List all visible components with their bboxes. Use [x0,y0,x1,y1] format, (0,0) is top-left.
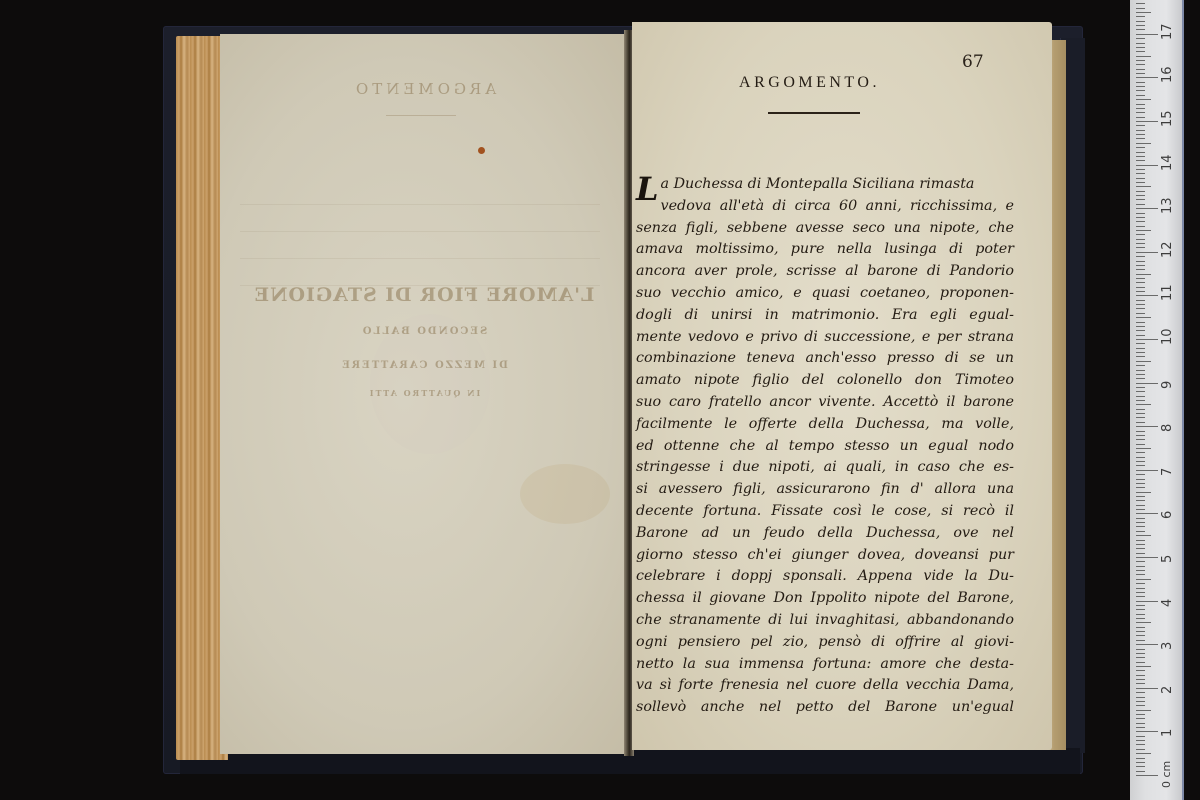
ruler-tick [1136,204,1145,205]
ruler-label: 3 [1160,642,1175,650]
ruler-tick [1136,3,1145,4]
ruler-tick [1136,348,1145,349]
ruler-tick [1136,622,1151,623]
ruler-tick [1136,239,1145,240]
body-line: stringesse i due nipoti, ai quali, in ca… [636,457,1014,479]
ruler-tick [1136,557,1158,558]
ruler-tick [1136,683,1145,684]
ruler-tick [1136,566,1145,567]
ruler-tick [1136,679,1145,680]
ruler-tick [1136,400,1145,401]
ruler-tick [1136,548,1145,549]
body-line: senza figli, sebbene avesse seco una nip… [636,218,1014,240]
ruler-tick [1136,771,1145,772]
ruler-tick [1136,740,1145,741]
ruler-tick [1136,208,1158,209]
ruler-tick [1136,339,1158,340]
show-through-rule [386,115,456,116]
ruler-tick [1136,304,1145,305]
ruler-tick [1136,448,1151,449]
ruler-tick [1136,505,1145,506]
ruler-tick [1136,692,1145,693]
body-line-first: La Duchessa di Montepalla Siciliana rima… [636,174,1014,196]
ruler-tick [1136,64,1145,65]
measurement-ruler: 0 cm 1234567891011121314151617 [1130,0,1184,800]
ruler-label: 17 [1160,23,1175,40]
ruler-tick [1136,295,1158,296]
ruler-tick [1136,474,1145,475]
ruler-tick [1136,727,1145,728]
ruler-tick [1136,143,1151,144]
ruler-tick [1136,526,1145,527]
ruler-tick [1136,356,1145,357]
ruler-tick [1136,701,1145,702]
body-line: combinazione teneva anch'esso presso di … [636,348,1014,370]
ruler-tick [1136,378,1145,379]
ruler-tick [1136,322,1145,323]
ruler-tick [1136,317,1151,318]
ruler-tick [1136,370,1145,371]
ruler-tick [1136,182,1145,183]
ruler-tick [1136,330,1145,331]
ruler-tick [1136,43,1145,44]
ruler-tick [1136,138,1145,139]
ruler-tick [1136,614,1145,615]
body-line: facilmente le offerte della Duchessa, ma… [636,414,1014,436]
ruler-tick [1136,627,1145,628]
ruler-tick [1136,365,1145,366]
ruler-tick [1136,444,1145,445]
ruler-tick [1136,313,1145,314]
ruler-tick [1136,387,1145,388]
body-line: va sì forte frenesia nel cuore della vec… [636,675,1014,697]
ruler-tick [1136,16,1145,17]
body-line: suo caro fratello ancor vivente. Accettò… [636,392,1014,414]
ruler-tick [1136,461,1145,462]
ruler-label: 16 [1160,67,1175,84]
show-through-header: ARGOMENTO [220,80,628,98]
ruler-tick [1136,675,1145,676]
ruler-tick [1136,73,1145,74]
ruler-tick [1136,47,1145,48]
ruler-tick [1136,117,1145,118]
ruler-tick [1136,383,1158,384]
ruler-tick [1136,343,1145,344]
ruler-tick [1136,86,1145,87]
body-line: amato nipote figlio del colonello don Ti… [636,370,1014,392]
ruler-tick [1136,173,1145,174]
ruler-tick [1136,574,1145,575]
body-line: mente vedovo e privo di successione, e p… [636,327,1014,349]
ruler-tick [1136,487,1145,488]
ruler-tick [1136,518,1145,519]
ruler-tick [1136,99,1151,100]
ink-spot [478,147,485,154]
first-line-text: a Duchessa di Montepalla Siciliana rimas… [661,176,975,192]
body-line: ogni pensiero pel zio, pensò di offrire … [636,632,1014,654]
ruler-tick [1136,51,1145,52]
ruler-tick [1136,404,1151,405]
ruler-tick [1136,134,1145,135]
ruler-label: 11 [1160,285,1175,302]
page-heading: ARGOMENTO. [632,74,987,92]
ruler-tick [1136,213,1145,214]
ruler-tick [1136,422,1145,423]
body-line: vedova all'età di circa 60 anni, ricchis… [636,196,1014,218]
body-line: si avessero figli, assicurarono fin d' a… [636,479,1014,501]
ruler-tick [1136,492,1151,493]
page-number: 67 [962,52,984,72]
ruler-label: 13 [1160,198,1175,215]
ruler-tick [1136,165,1158,166]
ruler-label: 4 [1160,598,1175,606]
ruler-tick [1136,775,1158,776]
ruler-tick [1136,21,1145,22]
ruler-tick [1136,169,1145,170]
ruler-tick [1136,500,1145,501]
body-line: sollevò anche nel petto del Barone un'eg… [636,697,1014,719]
ruler-tick [1136,396,1145,397]
ruler-tick [1136,496,1145,497]
body-line: celebrare i doppj sponsali. Appena vide … [636,566,1014,588]
ruler-tick [1136,753,1151,754]
ruler-tick [1136,265,1145,266]
ruler-tick [1136,561,1145,562]
ruler-tick [1136,38,1145,39]
ruler-label: 1 [1160,729,1175,737]
ruler-tick [1136,217,1145,218]
ruler-tick [1136,710,1151,711]
ruler-tick [1136,147,1145,148]
body-line: decente fortuna. Fissate così le cose, s… [636,501,1014,523]
ruler-tick [1136,666,1151,667]
ruler-tick [1136,662,1145,663]
ruler-tick [1136,178,1145,179]
body-line: ancora aver prole, scrisse al barone di … [636,261,1014,283]
ruler-tick [1136,125,1145,126]
ruler-tick [1136,291,1145,292]
show-through-subtitle-1: SECONDO BALLO [220,326,628,337]
ruler-tick [1136,261,1145,262]
ruler-tick [1136,108,1145,109]
ruler-tick [1136,282,1145,283]
ruler-label: 12 [1160,241,1175,258]
ruler-tick [1136,670,1145,671]
ruler-tick [1136,718,1145,719]
ruler-tick [1136,252,1158,253]
ruler-tick [1136,605,1145,606]
heading-rule [768,112,860,114]
ruler-tick [1136,714,1145,715]
body-line: ed ottenne che al tempo stesso un egual … [636,436,1014,458]
ruler-tick [1136,29,1145,30]
ruler-tick [1136,483,1145,484]
right-page: 67 ARGOMENTO. La Duchessa di Montepalla … [632,22,1052,750]
ruler-tick [1136,352,1145,353]
ruler-tick [1136,195,1145,196]
ruler-tick [1136,413,1145,414]
ruler-tick [1136,90,1145,91]
ruler-tick [1136,374,1145,375]
ruler-tick [1136,635,1145,636]
ruler-tick [1136,653,1145,654]
body-line: chessa il giovane Don Ippolito nipote de… [636,588,1014,610]
ruler-tick [1136,544,1145,545]
ruler-tick [1136,479,1145,480]
ruler-tick [1136,391,1145,392]
ruler-tick [1136,152,1145,153]
ruler-tick [1136,588,1145,589]
body-line: Barone ad un feudo della Duchessa, ove n… [636,523,1014,545]
show-through-subtitle-3: IN QUATTRO ATTI [220,388,628,398]
ruler-tick [1136,618,1145,619]
body-line: netto la sua immensa fortuna: amore che … [636,654,1014,676]
ruler-tick [1136,130,1145,131]
ruler-tick [1136,8,1145,9]
body-line: che stranamente di lui invaghitasi, abba… [636,610,1014,632]
ruler-unit-label: 0 cm [1160,761,1173,788]
ruler-tick [1136,160,1145,161]
ruler-tick [1136,731,1158,732]
body-line: suo vecchio amico, e quasi coetaneo, pro… [636,283,1014,305]
body-line: giorno stesso ch'ei giunger dovea, dovea… [636,545,1014,567]
ruler-label: 2 [1160,686,1175,694]
ruler-tick [1136,300,1145,301]
ruler-tick [1136,34,1158,35]
ruler-tick [1136,762,1145,763]
ruler-label: 5 [1160,555,1175,563]
ruler-tick [1136,631,1145,632]
ruler-tick [1136,186,1151,187]
show-through-title: L'AMORE FIOR DI STAGIONE [220,284,628,306]
ruler-tick [1136,121,1158,122]
ruler-tick [1136,199,1145,200]
ruler-tick [1136,688,1158,689]
ruler-tick [1136,583,1145,584]
ruler-tick [1136,531,1145,532]
ruler-tick [1136,609,1145,610]
ruler-label: 8 [1160,424,1175,432]
ruler-tick [1136,69,1145,70]
ruler-tick [1136,509,1145,510]
ruler-tick [1136,570,1145,571]
ruler-tick [1136,452,1145,453]
ruler-tick [1136,435,1145,436]
ruler-tick [1136,465,1145,466]
ruler-tick [1136,256,1145,257]
ruler-tick [1136,697,1145,698]
ruler-tick [1136,439,1145,440]
ruler-label: 15 [1160,110,1175,127]
ruler-tick [1136,644,1158,645]
show-through-subtitle-2: DI MEZZO CARATTERE [220,360,628,371]
ruler-tick [1136,156,1145,157]
ruler-tick [1136,274,1151,275]
ruler-tick [1136,269,1145,270]
ruler-tick [1136,56,1151,57]
ruler-tick [1136,457,1145,458]
ruler-label: 7 [1160,468,1175,476]
ruler-label: 14 [1160,154,1175,171]
body-text: La Duchessa di Montepalla Siciliana rima… [636,174,1014,719]
body-line: dogli di unirsi in matrimonio. Era egli … [636,305,1014,327]
left-page: ARGOMENTO L'AMORE FIOR DI STAGIONE SECON… [220,34,628,754]
foxing-stain [520,464,610,524]
ruler-tick [1136,191,1145,192]
ruler-tick [1136,657,1145,658]
ruler-tick [1136,540,1145,541]
ruler-tick [1136,640,1145,641]
ruler-label: 10 [1160,328,1175,345]
ruler-tick [1136,247,1145,248]
ruler-tick [1136,417,1145,418]
ruler-tick [1136,749,1145,750]
ruler-tick [1136,579,1151,580]
ruler-tick [1136,553,1145,554]
ruler-tick [1136,470,1158,471]
ruler-tick [1136,361,1151,362]
ruler-tick [1136,705,1145,706]
ruler-tick [1136,522,1145,523]
ruler-tick [1136,744,1145,745]
ruler-tick [1136,243,1145,244]
ruler-tick [1136,308,1145,309]
ruler-tick [1136,431,1145,432]
ruler-tick [1136,426,1158,427]
ruler-tick [1136,326,1145,327]
ruler-tick [1136,95,1145,96]
drop-cap: L [636,176,659,202]
ruler-tick [1136,649,1145,650]
ruler-tick [1136,278,1145,279]
ruler-tick [1136,25,1145,26]
ruler-tick [1136,230,1151,231]
ruler-tick [1136,221,1145,222]
ruler-tick [1136,409,1145,410]
ruler-tick [1136,535,1151,536]
book-scan-scene: ARGOMENTO L'AMORE FIOR DI STAGIONE SECON… [0,0,1200,800]
ruler-tick [1136,104,1145,105]
ruler-tick [1136,77,1158,78]
ruler-label: 9 [1160,380,1175,388]
ruler-tick [1136,592,1145,593]
ruler-label: 6 [1160,511,1175,519]
ruler-tick [1136,226,1145,227]
body-line: amava moltissimo, pure nella lusinga di … [636,239,1014,261]
ruler-tick [1136,234,1145,235]
ruler-tick [1136,513,1158,514]
ruler-tick [1136,82,1145,83]
ruler-tick [1136,766,1145,767]
ruler-tick [1136,758,1145,759]
ruler-tick [1136,12,1151,13]
ruler-tick [1136,596,1145,597]
ruler-tick [1136,736,1145,737]
ruler-tick [1136,335,1145,336]
ruler-tick [1136,723,1145,724]
ruler-tick [1136,60,1145,61]
ruler-tick [1136,601,1158,602]
ruler-tick [1136,112,1145,113]
ruler-tick [1136,287,1145,288]
